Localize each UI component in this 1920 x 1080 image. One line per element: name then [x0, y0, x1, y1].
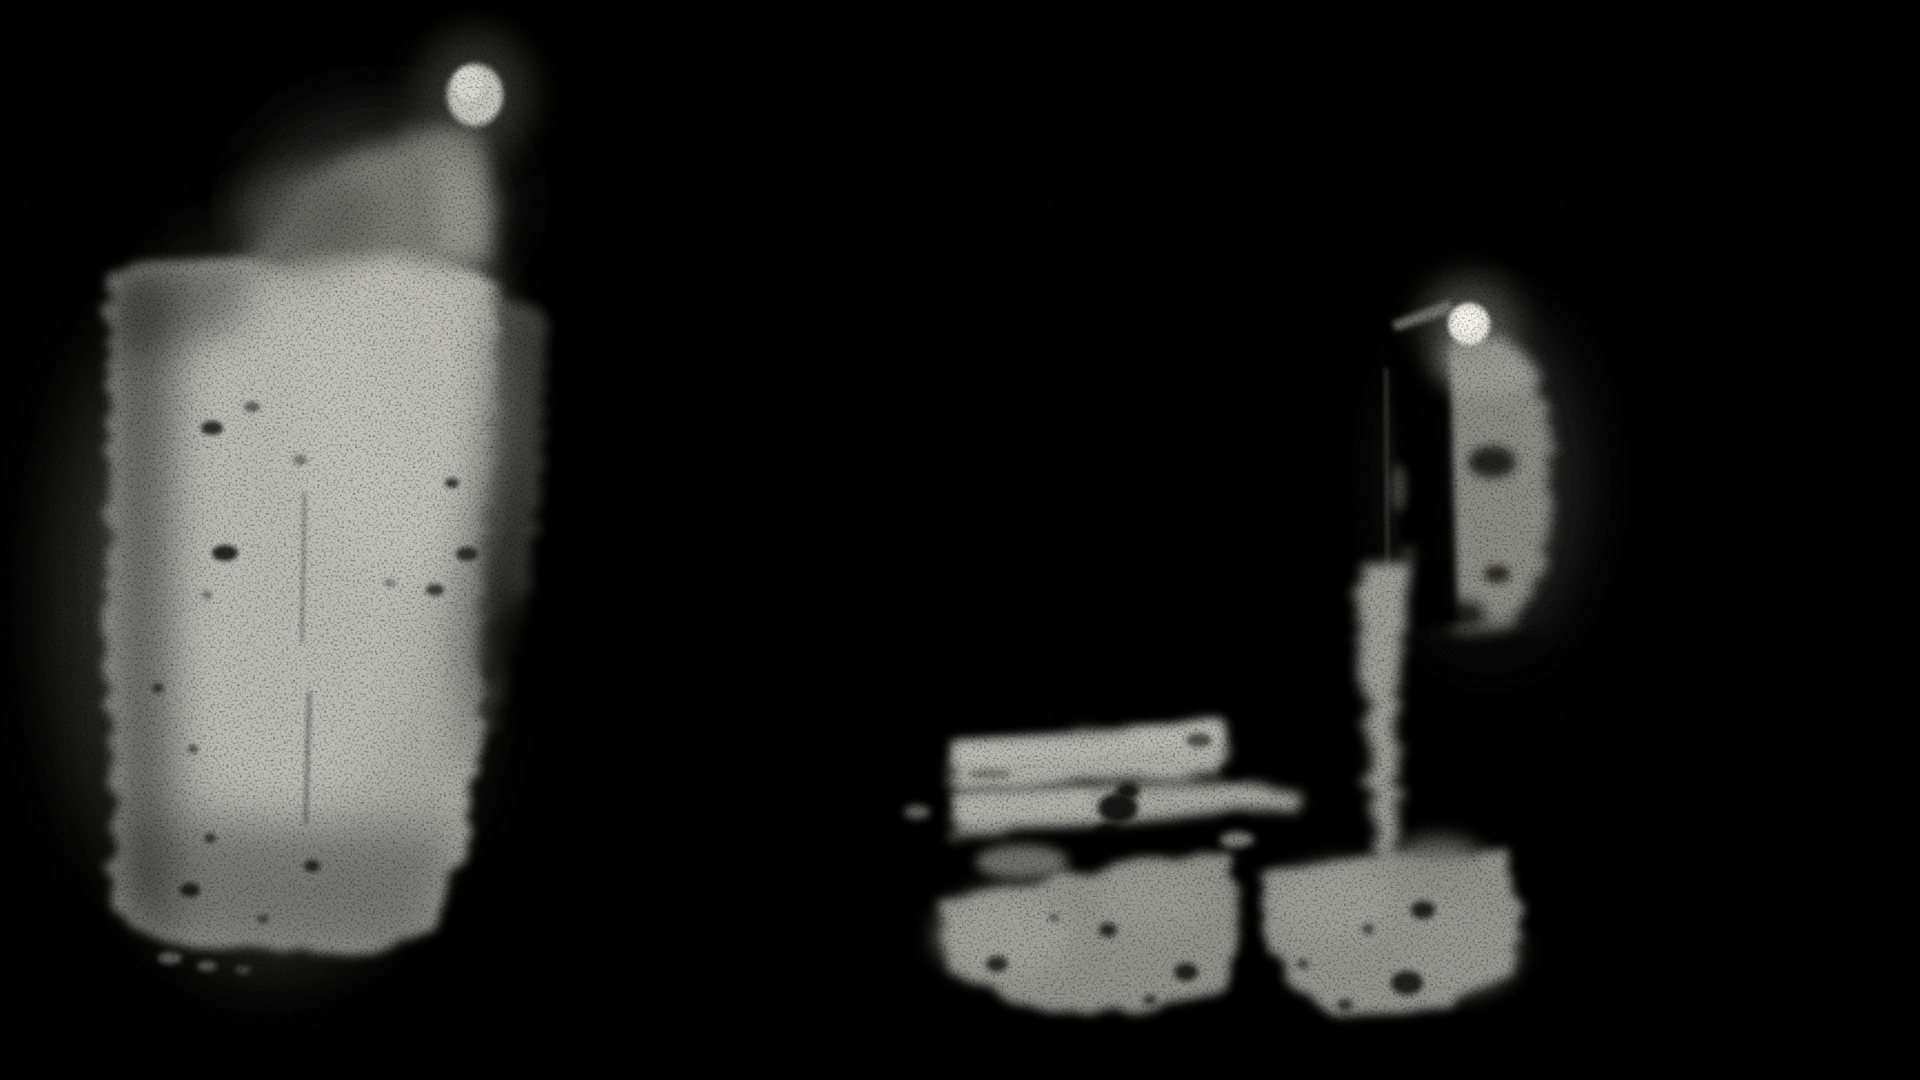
film-grain-overlay-light	[0, 0, 1920, 1080]
night-photograph	[0, 0, 1920, 1080]
photo-canvas	[0, 0, 1920, 1080]
photo-frame	[0, 0, 1920, 1080]
scene-root	[0, 0, 1920, 1080]
